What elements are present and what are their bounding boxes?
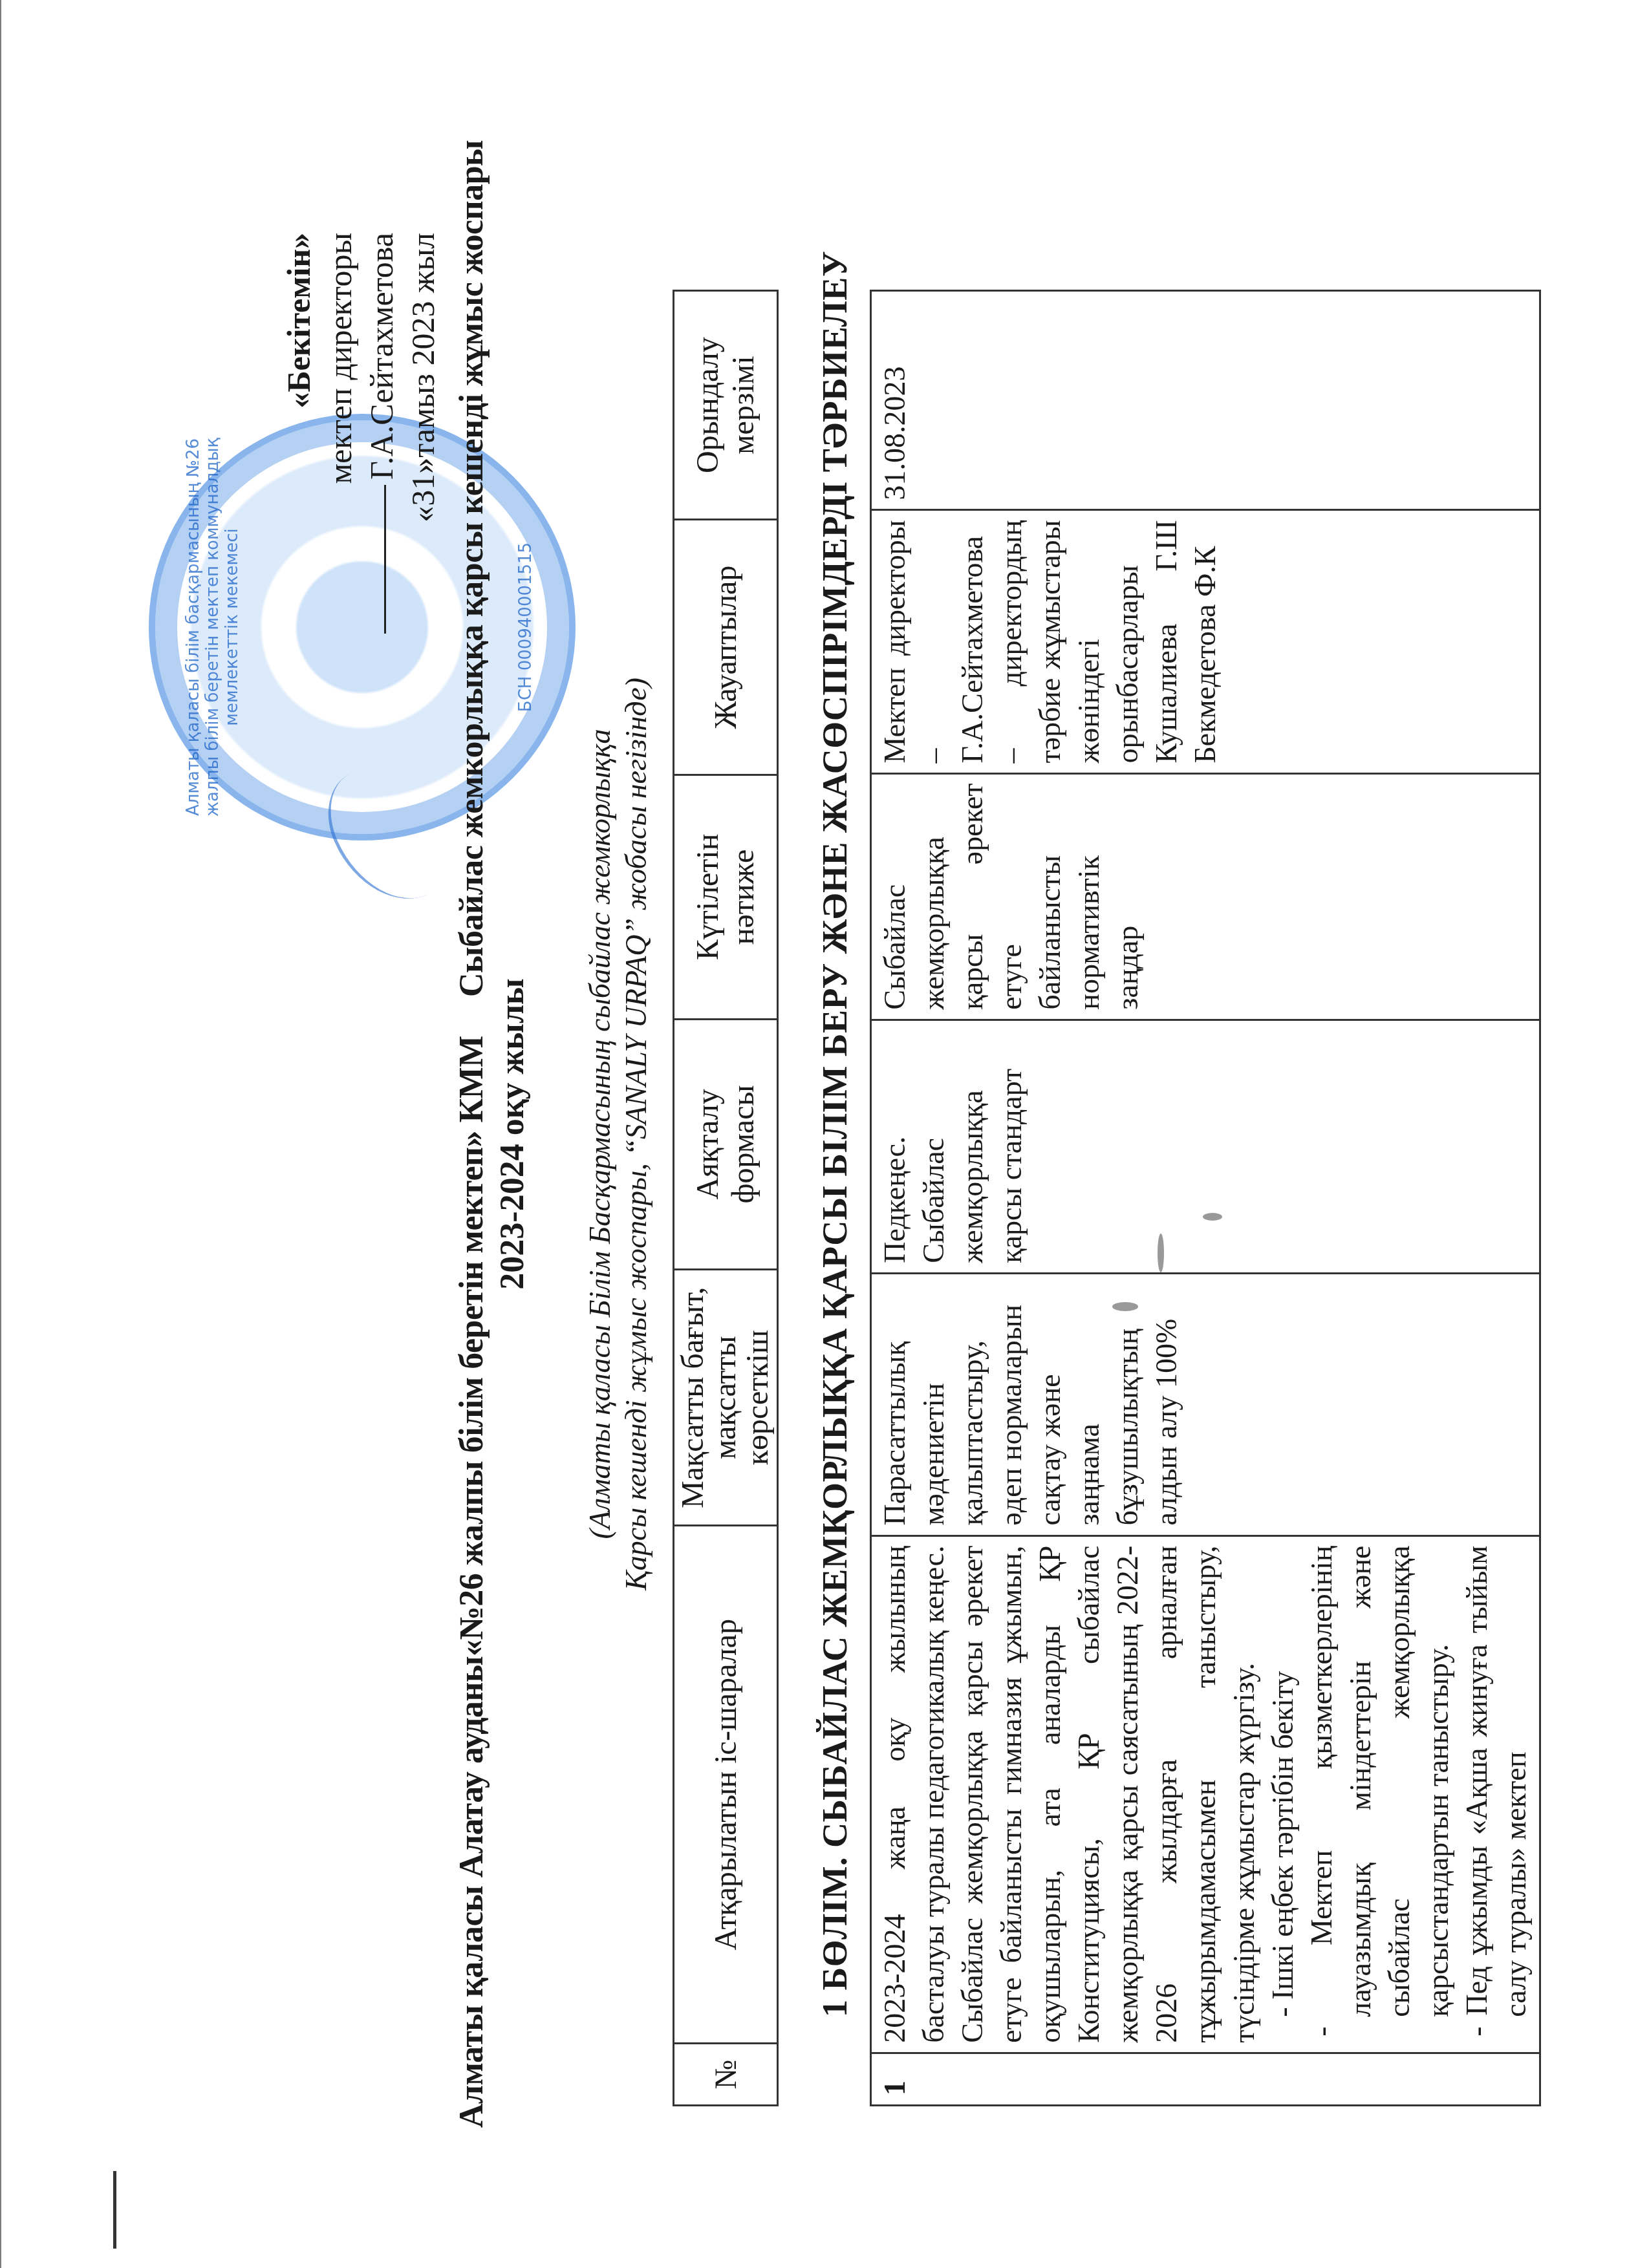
scan-edge bbox=[0, 0, 1, 2268]
activity-bullet: - Мектеп қызметкерлерінің лауазымдық мін… bbox=[1302, 1546, 1458, 2043]
approval-name-line: Г.А.Сейтахметова bbox=[361, 233, 402, 634]
col-completion-form: Аяқталу формасы bbox=[674, 1019, 778, 1269]
row-deadline: 31.08.2023 bbox=[871, 291, 1540, 510]
row-activity: 2023-2024 жаңа оқу жылының басталуы тура… bbox=[871, 1535, 1540, 2053]
activity-main: 2023-2024 жаңа оқу жылының басталуы тура… bbox=[876, 1546, 1264, 2043]
row-completion-form: Педкеңес. Сыбайлас жемқорлыққа қарсы ста… bbox=[871, 1020, 1540, 1273]
approval-position: мектеп директоры bbox=[319, 233, 361, 634]
row-expected-result: Сыбайлас жемқорлыққа қарсы әрекет етуге … bbox=[871, 773, 1540, 1020]
scan-mark bbox=[113, 2171, 116, 2249]
col-responsible: Жауаптылар bbox=[674, 520, 778, 775]
title-year: 2023-2024 оқу жылы bbox=[493, 0, 532, 2268]
signature-line bbox=[384, 485, 386, 634]
stamp-ring-text: Алматы қаласы білім басқармасының №26 жа… bbox=[184, 420, 242, 834]
title-school: Алматы қаласы Алатау ауданы«№26 жалпы бі… bbox=[453, 1036, 490, 2128]
document-page: Алматы қаласы білім басқармасының №26 жа… bbox=[0, 0, 1649, 2268]
col-number: № bbox=[674, 2044, 778, 2106]
scan-speck bbox=[1158, 1234, 1164, 1272]
title-plan: Сыбайлас жемкорлыққа қарсы кешенді жұмыс… bbox=[453, 140, 490, 997]
plan-table: 1 2023-2024 жаңа оқу жылының басталуы ту… bbox=[870, 290, 1541, 2106]
activity-bullet: - Ішкі еңбек тәртібін бекіту bbox=[1264, 1546, 1302, 2043]
row-target: Парасаттылық мәдениетін қалыптастыру, әд… bbox=[871, 1273, 1540, 1535]
title-line-1: Алматы қаласы Алатау ауданы«№26 жалпы бі… bbox=[453, 0, 491, 2268]
approval-label: «Бекітемін» bbox=[278, 233, 319, 634]
scan-speck bbox=[1112, 1302, 1138, 1311]
scan-speck bbox=[1203, 1213, 1222, 1221]
approval-name: Г.А.Сейтахметова bbox=[363, 233, 400, 480]
col-expected-result: Күтілетін нәтиже bbox=[674, 775, 778, 1019]
header-row: № Атқарылатын іс-шаралар Мақсатты бағыт,… bbox=[674, 291, 778, 2106]
document-title: Алматы қаласы Алатау ауданы«№26 жалпы бі… bbox=[453, 0, 532, 2268]
subtitle-line-1: (Алматы қаласы Білім Басқармасының сыбай… bbox=[582, 0, 618, 2268]
row-number: 1 bbox=[871, 2053, 1540, 2105]
section-heading: 1 БӨЛІМ. СЫБАЙЛАС ЖЕМҚОРЛЫҚҚА ҚАРСЫ БІЛІ… bbox=[815, 0, 855, 2268]
director-signature bbox=[311, 747, 468, 921]
activity-bullet: - Пед ұжымды «Ақша жинуға тыйым салу тур… bbox=[1458, 1546, 1535, 2043]
approval-date: «31»тамыз 2023 жыл bbox=[402, 233, 444, 634]
col-target: Мақсатты бағыт, мақсатты көрсеткіш bbox=[674, 1269, 778, 1526]
table-row: 1 2023-2024 жаңа оқу жылының басталуы ту… bbox=[871, 291, 1540, 2106]
plan-table-header: № Атқарылатын іс-шаралар Мақсатты бағыт,… bbox=[673, 290, 779, 2106]
approval-block: «Бекітемін» мектеп директоры Г.А.Сейтахм… bbox=[278, 233, 444, 634]
subtitle-line-2: Қарсы кешенді жұмыс жоспары, “SANALY URP… bbox=[618, 0, 654, 2268]
col-activities: Атқарылатын іс-шаралар bbox=[674, 1526, 778, 2044]
col-deadline: Орындалу мерзімі bbox=[674, 291, 778, 520]
row-responsible: Мектеп директоры – Г.А.Сейтахметова – ди… bbox=[871, 510, 1540, 773]
document-subtitle: (Алматы қаласы Білім Басқармасының сыбай… bbox=[582, 0, 654, 2268]
